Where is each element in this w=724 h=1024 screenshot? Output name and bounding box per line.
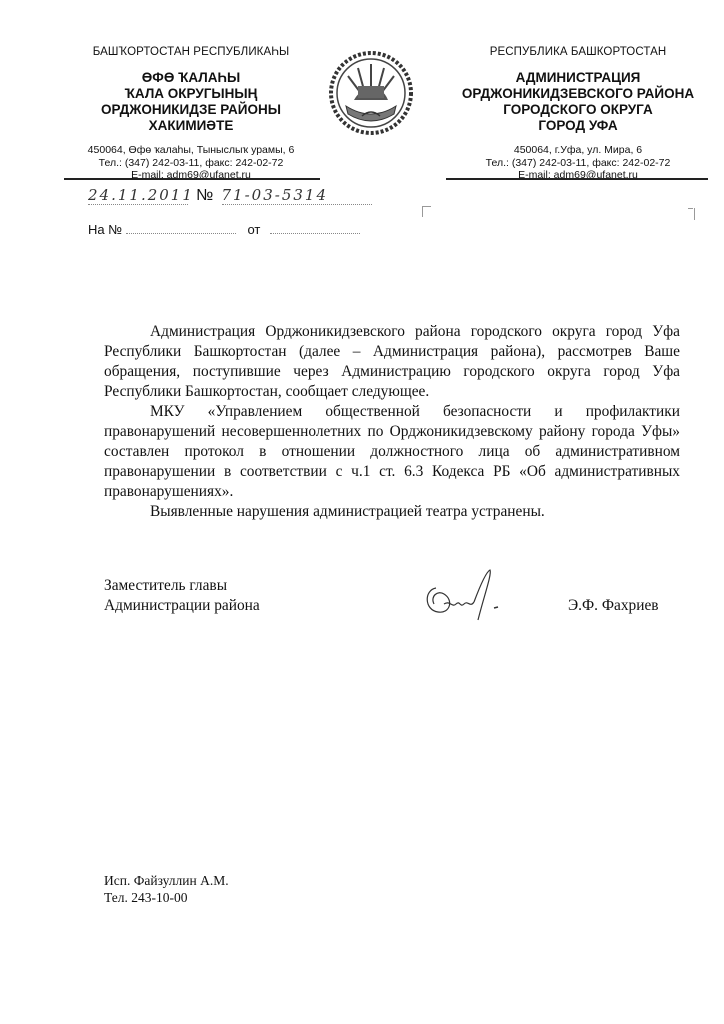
executor-phone: Тел. 243-10-00: [104, 889, 229, 906]
outgoing-registration: 24.11.2011 № 71-03-5314: [88, 186, 372, 205]
phone: Тел.: (347) 242-03-11, факс: 242-02-72: [68, 157, 314, 170]
letterhead-right: РЕСПУБЛИКА БАШКОРТОСТАН АДМИНИСТРАЦИЯ ОР…: [452, 46, 704, 182]
phone: Тел.: (347) 242-03-11, факс: 242-02-72: [452, 157, 704, 170]
outgoing-date: 24.11.2011: [88, 186, 188, 205]
org-name-line: АДМИНИСТРАЦИЯ: [452, 70, 704, 86]
address-corner-mark: [422, 206, 431, 217]
republic-name-russian: РЕСПУБЛИКА БАШКОРТОСТАН: [452, 46, 704, 58]
org-name-line: ГОРОДСКОГО ОКРУГА: [452, 102, 704, 118]
signatory-title-line: Администрации района: [104, 596, 260, 616]
signatory-title-line: Заместитель главы: [104, 576, 260, 596]
org-name-line: ХАКИМИӘТЕ: [68, 118, 314, 134]
handwritten-signature-icon: [420, 566, 510, 622]
reference-from-label: от: [247, 222, 260, 237]
body-paragraph: Администрация Орджоникидзевского района …: [104, 322, 680, 402]
org-name-line: ҠАЛА ОКРУГЫНЫҢ: [68, 86, 314, 102]
header-divider: [64, 178, 320, 180]
reference-number-blank: [126, 223, 236, 234]
signatory-title: Заместитель главы Администрации района: [104, 576, 260, 616]
address-corner-mark: [694, 208, 695, 220]
header-divider: [446, 178, 708, 180]
bashkortostan-coat-of-arms-icon: [328, 50, 414, 136]
org-name-line: ОРДЖОНИКИДЗЕ РАЙОНЫ: [68, 102, 314, 118]
republic-name-bashkir: БАШҠОРТОСТАН РЕСПУБЛИКАҺЫ: [68, 46, 314, 58]
org-name-line: ОРДЖОНИКИДЗЕВСКОГО РАЙОНА: [452, 86, 704, 102]
number-label: №: [196, 187, 213, 204]
executor-info: Исп. Файзуллин А.М. Тел. 243-10-00: [104, 872, 229, 906]
reference-date-blank: [270, 223, 360, 234]
body-paragraph: Выявленные нарушения администрацией теат…: [104, 502, 680, 522]
address: 450064, Өфө ҡалаһы, Тыныслыҡ урамы, 6: [68, 144, 314, 157]
reference-line: На № от: [88, 222, 360, 237]
address-corner-mark: [688, 208, 693, 209]
letterhead-left: БАШҠОРТОСТАН РЕСПУБЛИКАҺЫ ӨФӨ ҠАЛАҺЫ ҠАЛ…: [68, 46, 314, 182]
reference-number-label: На №: [88, 222, 122, 237]
executor-name: Исп. Файзуллин А.М.: [104, 872, 229, 889]
outgoing-number: 71-03-5314: [222, 186, 372, 205]
body-paragraph: МКУ «Управлением общественной безопаснос…: [104, 402, 680, 502]
address: 450064, г.Уфа, ул. Мира, 6: [452, 144, 704, 157]
letter-body: Администрация Орджоникидзевского района …: [104, 322, 680, 522]
signatory-name: Э.Ф. Фахриев: [568, 597, 659, 615]
org-name-line: ӨФӨ ҠАЛАҺЫ: [68, 70, 314, 86]
org-name-line: ГОРОД УФА: [452, 118, 704, 134]
